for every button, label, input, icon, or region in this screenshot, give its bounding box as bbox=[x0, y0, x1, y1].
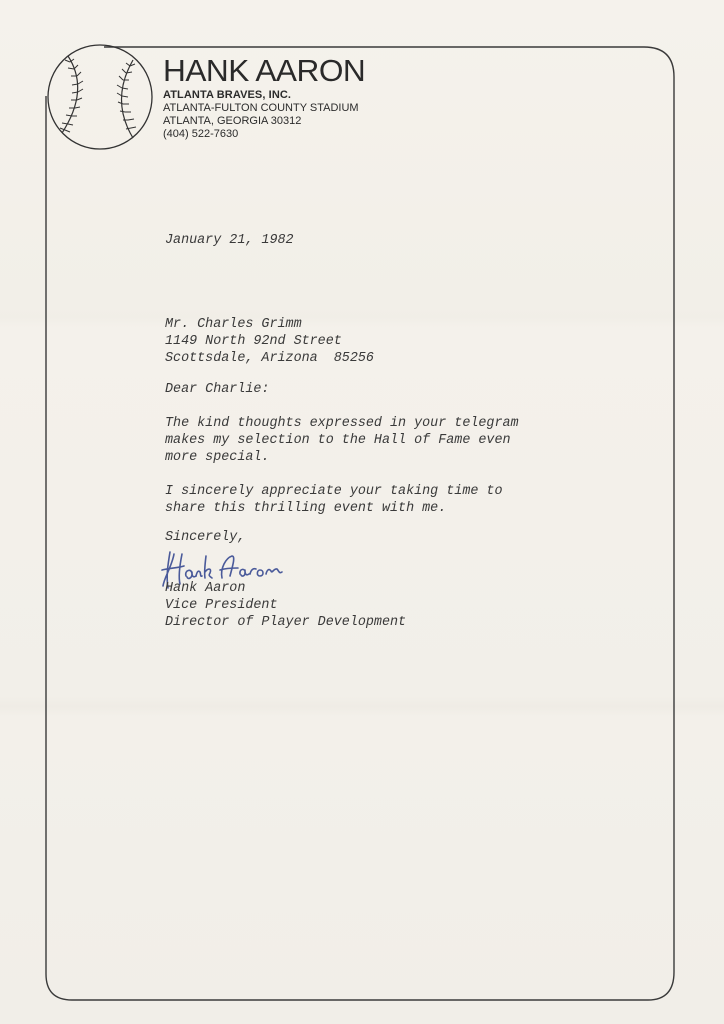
body-paragraph-1-line: more special. bbox=[165, 449, 269, 466]
letterhead-name: HANK AARON bbox=[163, 55, 365, 87]
letterhead-phone: (404) 522-7630 bbox=[163, 128, 361, 141]
salutation: Dear Charlie: bbox=[165, 381, 269, 398]
letterhead: HANK AARON ATLANTA BRAVES, INC. ATLANTA-… bbox=[163, 55, 361, 141]
letterhead-address-line: ATLANTA-FULTON COUNTY STADIUM bbox=[163, 102, 361, 115]
closing: Sincerely, bbox=[165, 529, 245, 546]
letterhead-company: ATLANTA BRAVES, INC. bbox=[163, 89, 361, 102]
letter-date: January 21, 1982 bbox=[165, 232, 294, 249]
recipient-city: Scottsdale, Arizona 85256 bbox=[165, 350, 374, 367]
body-paragraph-2-line: I sincerely appreciate your taking time … bbox=[165, 483, 503, 500]
recipient-name: Mr. Charles Grimm bbox=[165, 316, 302, 333]
signer-title: Vice President bbox=[165, 597, 278, 614]
recipient-street: 1149 North 92nd Street bbox=[165, 333, 342, 350]
signer-name: Hank Aaron bbox=[165, 580, 245, 597]
signer-department: Director of Player Development bbox=[165, 614, 406, 631]
body-paragraph-1-line: The kind thoughts expressed in your tele… bbox=[165, 415, 519, 432]
body-paragraph-2-line: share this thrilling event with me. bbox=[165, 500, 446, 517]
body-paragraph-1-line: makes my selection to the Hall of Fame e… bbox=[165, 432, 511, 449]
letterhead-address-line: ATLANTA, GEORGIA 30312 bbox=[163, 115, 361, 128]
